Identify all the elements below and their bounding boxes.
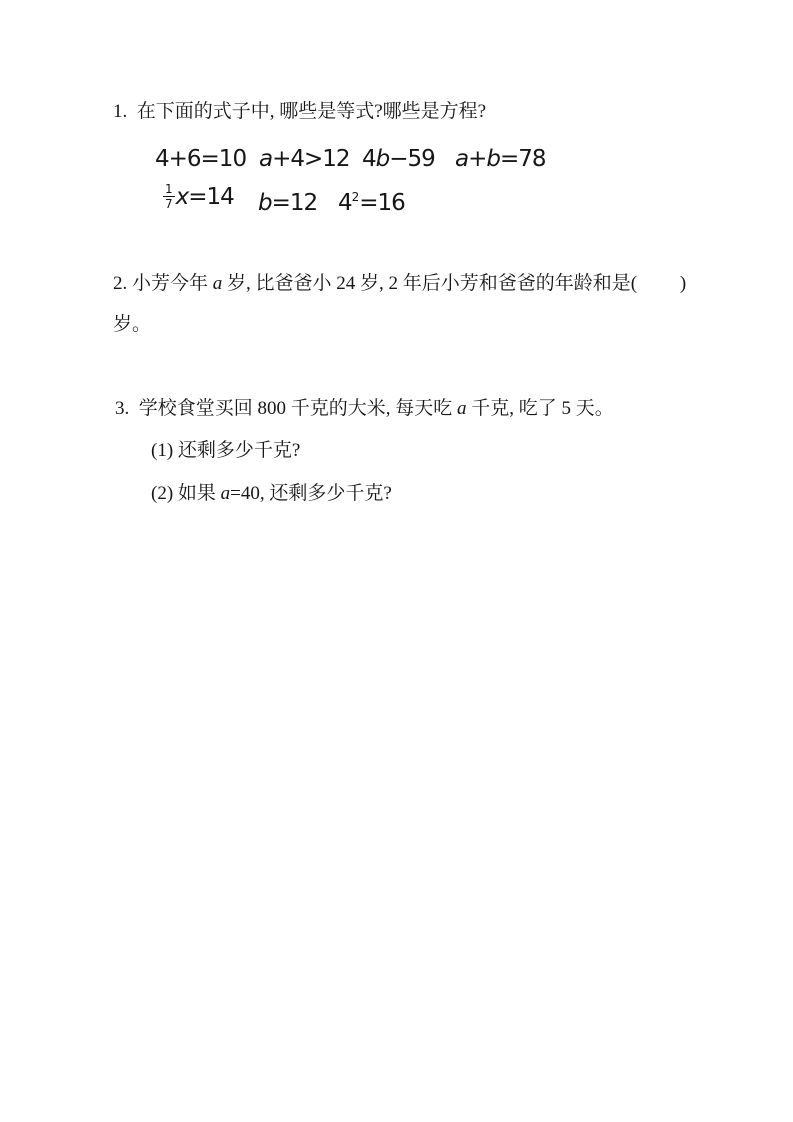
question-3-sub2-rest: =40, 还剩多少千克? xyxy=(230,483,392,504)
equation-5: 17x=14 xyxy=(163,183,234,211)
question-2-text-post: 岁, 比爸爸小 24 岁, 2 年后小芳和爸爸的年龄和是( ) xyxy=(222,273,686,294)
fraction-numerator: 1 xyxy=(163,183,175,197)
equation-6: b=12 xyxy=(258,192,317,214)
question-3-text-post: 千克, 吃了 5 天。 xyxy=(467,398,614,419)
equation-4-plus-sign: + xyxy=(468,146,486,172)
equation-7-rest: =16 xyxy=(359,190,405,216)
equation-3-rest: −59 xyxy=(389,146,435,172)
question-3-heading: 3. 学校食堂买回 800 千克的大米, 每天吃 a 千克, 吃了 5 天。 xyxy=(115,398,614,420)
question-3-sub2-variable-a: a xyxy=(221,483,231,504)
equation-7: 42=16 xyxy=(338,192,405,214)
question-3-variable-a: a xyxy=(457,398,467,419)
question-3-sub1: (1) 还剩多少千克? xyxy=(151,440,300,462)
equation-6-rest: =12 xyxy=(272,190,318,216)
equation-2-variable-a: a xyxy=(259,146,272,172)
question-2-line2: 岁。 xyxy=(113,314,151,336)
equation-3-variable-b: b xyxy=(376,146,390,172)
equation-5-rest: =14 xyxy=(188,186,234,208)
question-2-text-pre: 2. 小芳今年 xyxy=(113,273,213,294)
question-3-text-pre: 3. 学校食堂买回 800 千克的大米, 每天吃 xyxy=(115,398,457,419)
question-2-line1: 2. 小芳今年 a 岁, 比爸爸小 24 岁, 2 年后小芳和爸爸的年龄和是( … xyxy=(113,273,686,295)
question-1-heading: 1. 在下面的式子中, 哪些是等式?哪些是方程? xyxy=(113,101,486,123)
equation-2-rest: +4>12 xyxy=(272,146,349,172)
fraction-one-seventh: 17 xyxy=(163,183,175,211)
question-3-sub2: (2) 如果 a=40, 还剩多少千克? xyxy=(151,483,392,505)
equation-3: 4b−59 xyxy=(362,148,435,170)
equation-6-variable-b: b xyxy=(258,190,272,216)
equation-1-text: 4+6=10 xyxy=(155,146,246,172)
question-2-variable-a: a xyxy=(213,273,223,294)
worksheet-page: 1. 在下面的式子中, 哪些是等式?哪些是方程? 4+6=10 a+4>12 4… xyxy=(0,0,793,1122)
fraction-denominator: 7 xyxy=(165,197,173,211)
equation-2: a+4>12 xyxy=(259,148,350,170)
equation-3-coefficient: 4 xyxy=(362,146,376,172)
equation-1: 4+6=10 xyxy=(155,148,246,170)
equation-7-base: 4 xyxy=(338,190,352,216)
equation-4-variable-a: a xyxy=(455,146,468,172)
equation-4-variable-b: b xyxy=(486,146,500,172)
equation-4-rest: =78 xyxy=(500,146,546,172)
equation-4: a+b=78 xyxy=(455,148,546,170)
equation-5-variable-x: x xyxy=(176,186,189,208)
question-3-sub2-pre: (2) 如果 xyxy=(151,483,221,504)
